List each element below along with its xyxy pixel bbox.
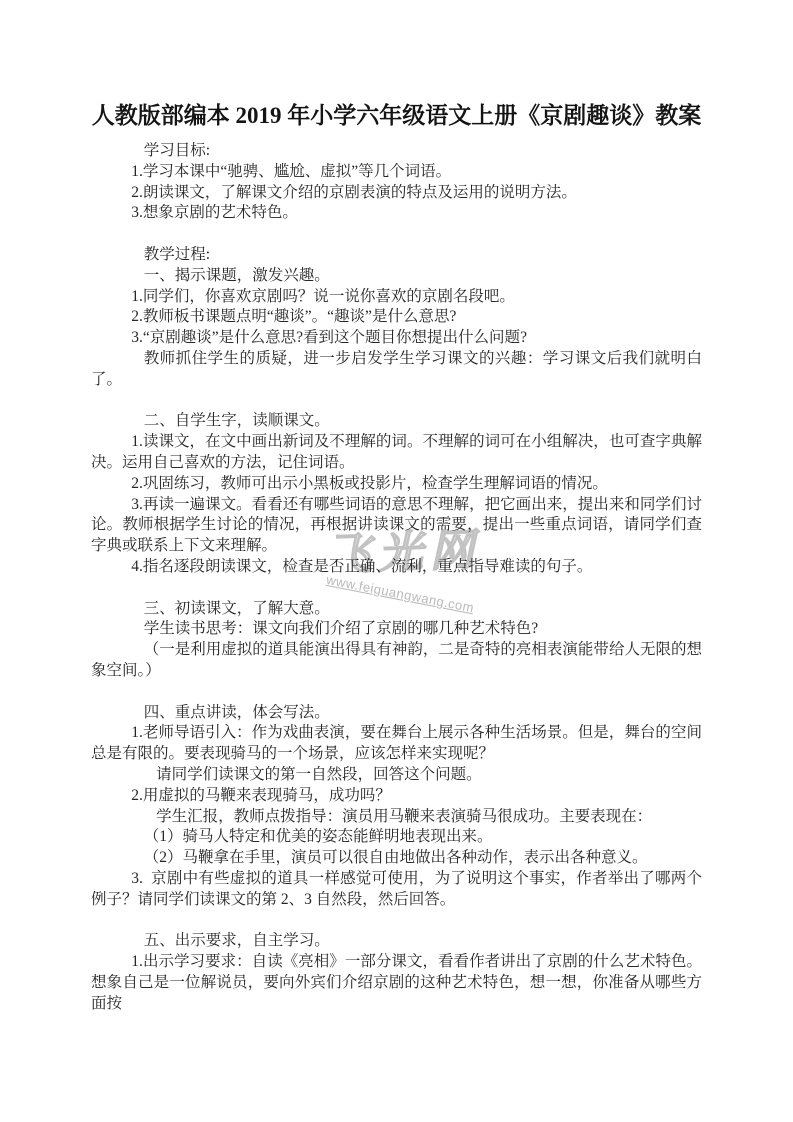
paragraph: 学生汇报，教师点拨指导：演员用马鞭来表演骑马很成功。主要表现在： [91,807,702,828]
paragraph: 教学过程: [91,245,702,266]
paragraph: （1）骑马人特定和优美的姿态能鲜明地表现出来。 [91,827,702,848]
paragraph: 四、重点讲读，体会写法。 [91,703,702,724]
paragraph: 3.再读一遍课文。看看还有哪些词语的意思不理解，把它画出来，提出来和同学们讨论。… [91,495,702,557]
paragraph: 3.“京剧趣谈”是什么意思?看到这个题目你想提出什么问题? [91,328,702,349]
paragraph: 3.想象京剧的艺术特色。 [91,203,702,224]
paragraph: 五、出示要求，自主学习。 [91,931,702,952]
document-title: 人教版部编本 2019 年小学六年级语文上册《京剧趣谈》教案 [91,97,702,135]
paragraph: 请同学们读课文的第一自然段，回答这个问题。 [91,765,702,786]
paragraph: 3. 京剧中有些虚拟的道具一样感觉可使用，为了说明这个事实，作者举出了哪两个例子… [91,869,702,911]
paragraph: 1.学习本课中“驰骋、尴尬、虚拟”等几个词语。 [91,162,702,183]
document-body: 学习目标:1.学习本课中“驰骋、尴尬、虚拟”等几个词语。2.朗读课文，了解课文介… [91,141,702,1014]
blank-line [91,578,702,599]
paragraph: 1.同学们，你喜欢京剧吗？说一说你喜欢的京剧名段吧。 [91,287,702,308]
blank-line [91,224,702,245]
paragraph: （2）马鞭拿在手里，演员可以很自由地做出各种动作，表示出各种意义。 [91,848,702,869]
paragraph: 二、自学生字，读顺课文。 [91,411,702,432]
paragraph: 4.指名逐段朗读课文，检查是否正确、流利，重点指导难读的句子。 [91,557,702,578]
blank-line [91,910,702,931]
paragraph: 学生读书思考：课文向我们介绍了京剧的哪几种艺术特色? [91,619,702,640]
document-content: 人教版部编本 2019 年小学六年级语文上册《京剧趣谈》教案 学习目标:1.学习… [0,97,793,1014]
paragraph: 1.出示学习要求：自读《亮相》一部分课文，看看作者讲出了京剧的什么艺术特色。想象… [91,952,702,1014]
blank-line [91,391,702,412]
paragraph: 三、初读课文，了解大意。 [91,599,702,620]
document-page: 飞光网 www.feiguangwang.com 人教版部编本 2019 年小学… [0,0,793,1122]
paragraph: 教师抓住学生的质疑，进一步启发学生学习课文的兴趣：学习课文后我们就明白了。 [91,349,702,391]
paragraph: 1.读课文，在文中画出新词及不理解的词。不理解的词可在小组解决，也可查字典解决。… [91,432,702,474]
paragraph: 一、揭示课题，激发兴趣。 [91,266,702,287]
paragraph: 2.巩固练习，教师可出示小黑板或投影片，检查学生理解词语的情况。 [91,474,702,495]
paragraph: 2.教师板书课题点明“趣谈”。“趣谈”是什么意思? [91,307,702,328]
paragraph: （一是利用虚拟的道具能演出得具有神韵，二是奇特的亮相表演能带给人无限的想象空间。… [91,640,702,682]
paragraph: 2.用虚拟的马鞭来表现骑马，成功吗？ [91,786,702,807]
paragraph: 1.老师导语引入：作为戏曲表演，要在舞台上展示各种生活场景。但是，舞台的空间总是… [91,723,702,765]
paragraph: 学习目标: [91,141,702,162]
blank-line [91,682,702,703]
paragraph: 2.朗读课文，了解课文介绍的京剧表演的特点及运用的说明方法。 [91,183,702,204]
